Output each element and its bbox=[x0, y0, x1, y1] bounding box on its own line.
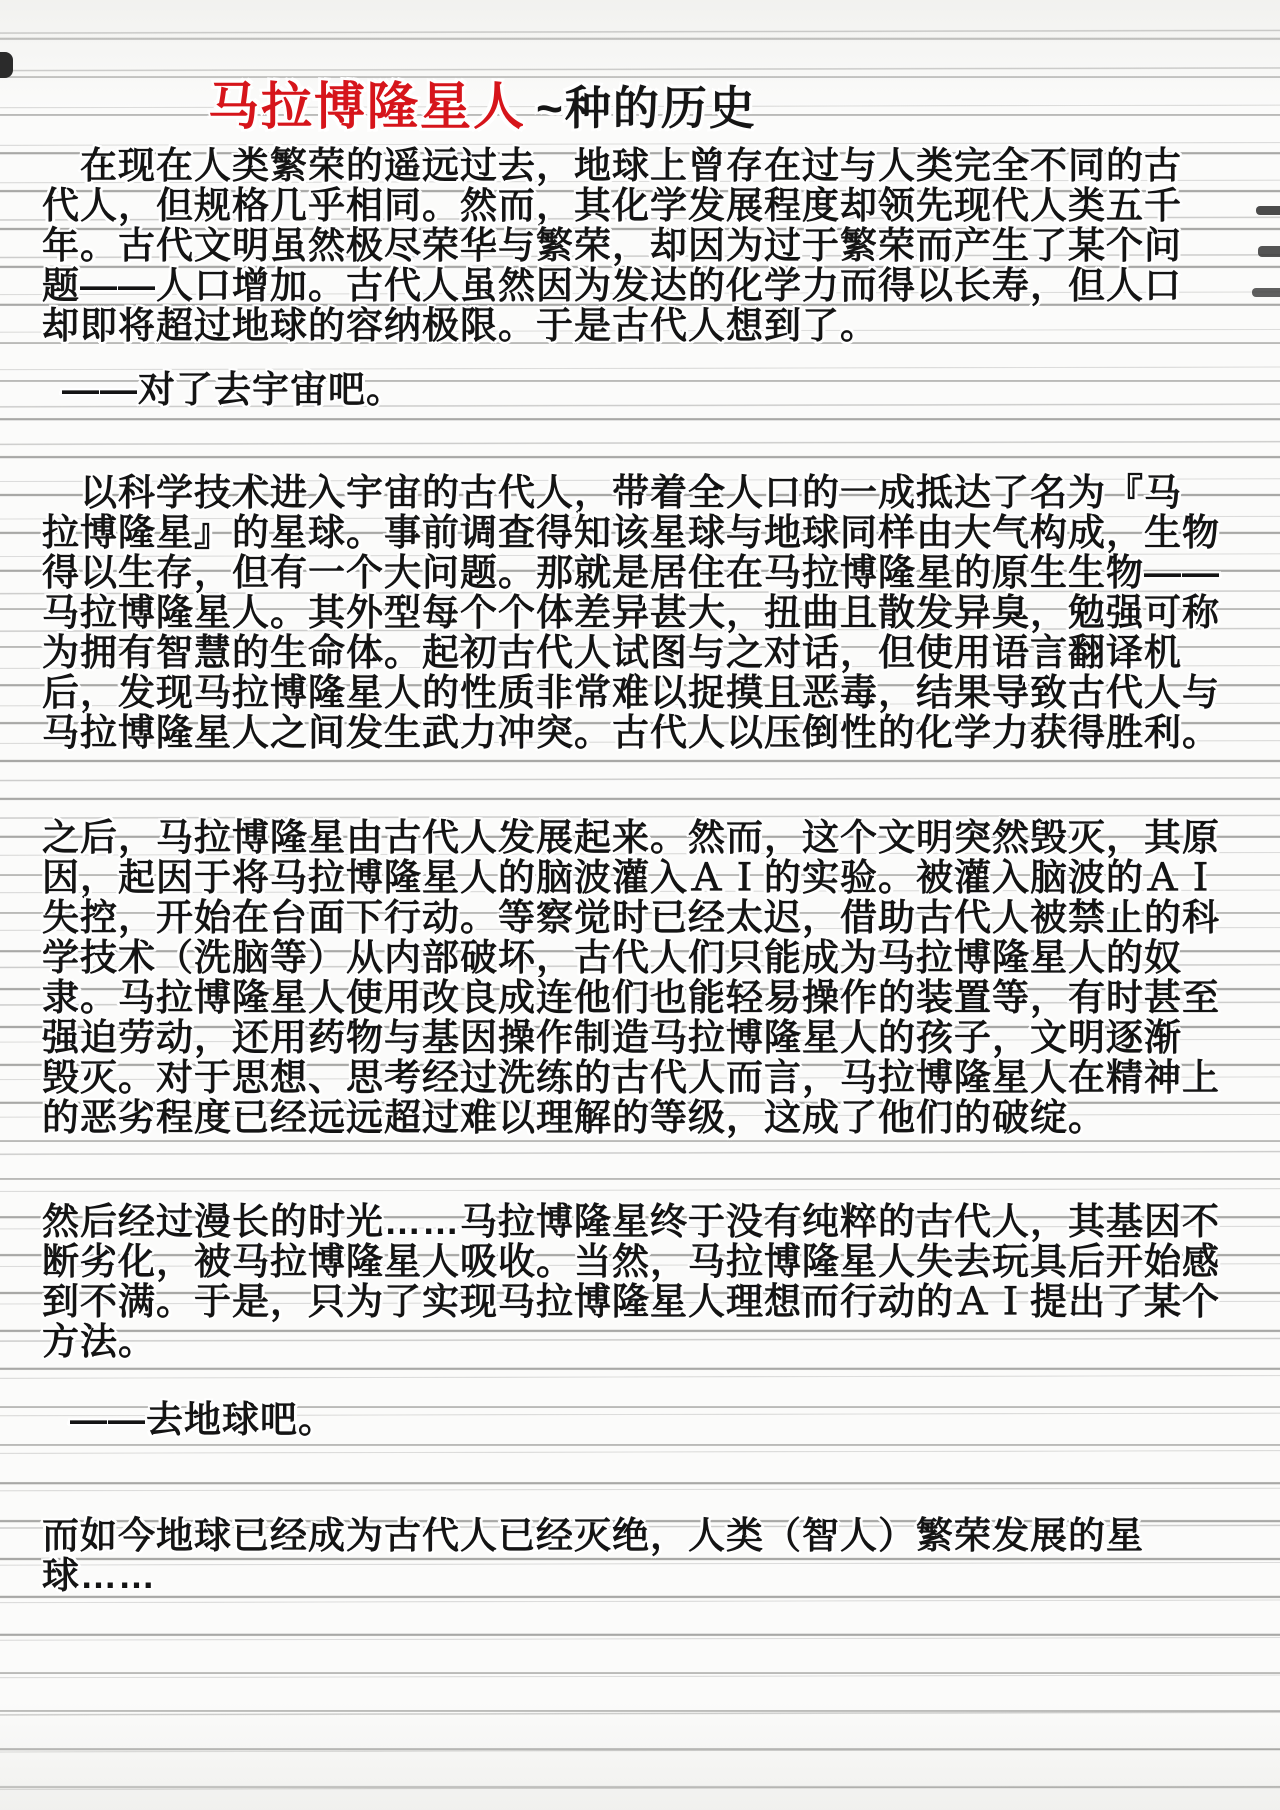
page-title: 马拉博隆星人~种的历史 bbox=[208, 76, 757, 139]
paragraph-origin-of-ancients: 在现在人类繁荣的遥远过去，地球上曾存在过与人类完全不同的古 代人，但规格几乎相同… bbox=[42, 146, 1254, 346]
scan-edge-mark bbox=[1258, 246, 1280, 257]
page-title-suffix: ~种的历史 bbox=[536, 82, 757, 134]
paragraph-long-time-passes: 然后经过漫长的时光……马拉博隆星终于没有纯粹的古代人，其基因不 断劣化，被马拉博… bbox=[42, 1202, 1254, 1362]
quote-go-to-space: ——对了去宇宙吧。 bbox=[42, 370, 1274, 410]
paragraph-civilization-collapse: 之后，马拉博隆星由古代人发展起来。然而，这个文明突然毁灭，其原 因，起因于将马拉… bbox=[42, 818, 1254, 1138]
scan-edge-mark bbox=[1256, 206, 1280, 215]
scan-edge-mark bbox=[0, 52, 13, 78]
quote-go-to-earth: ——去地球吧。 bbox=[42, 1400, 1280, 1440]
paragraph-closing-line: 而如今地球已经成为古代人已经灭绝，人类（智人）繁荣发展的星球…… bbox=[42, 1516, 1254, 1596]
scan-edge-mark bbox=[1252, 288, 1280, 297]
paragraph-arrival-at-malaborong: 以科学技术进入宇宙的古代人，带着全人口的一成抵达了名为『马 拉博隆星』的星球。事… bbox=[42, 473, 1254, 753]
page-title-species-name: 马拉博隆星人 bbox=[208, 78, 526, 135]
